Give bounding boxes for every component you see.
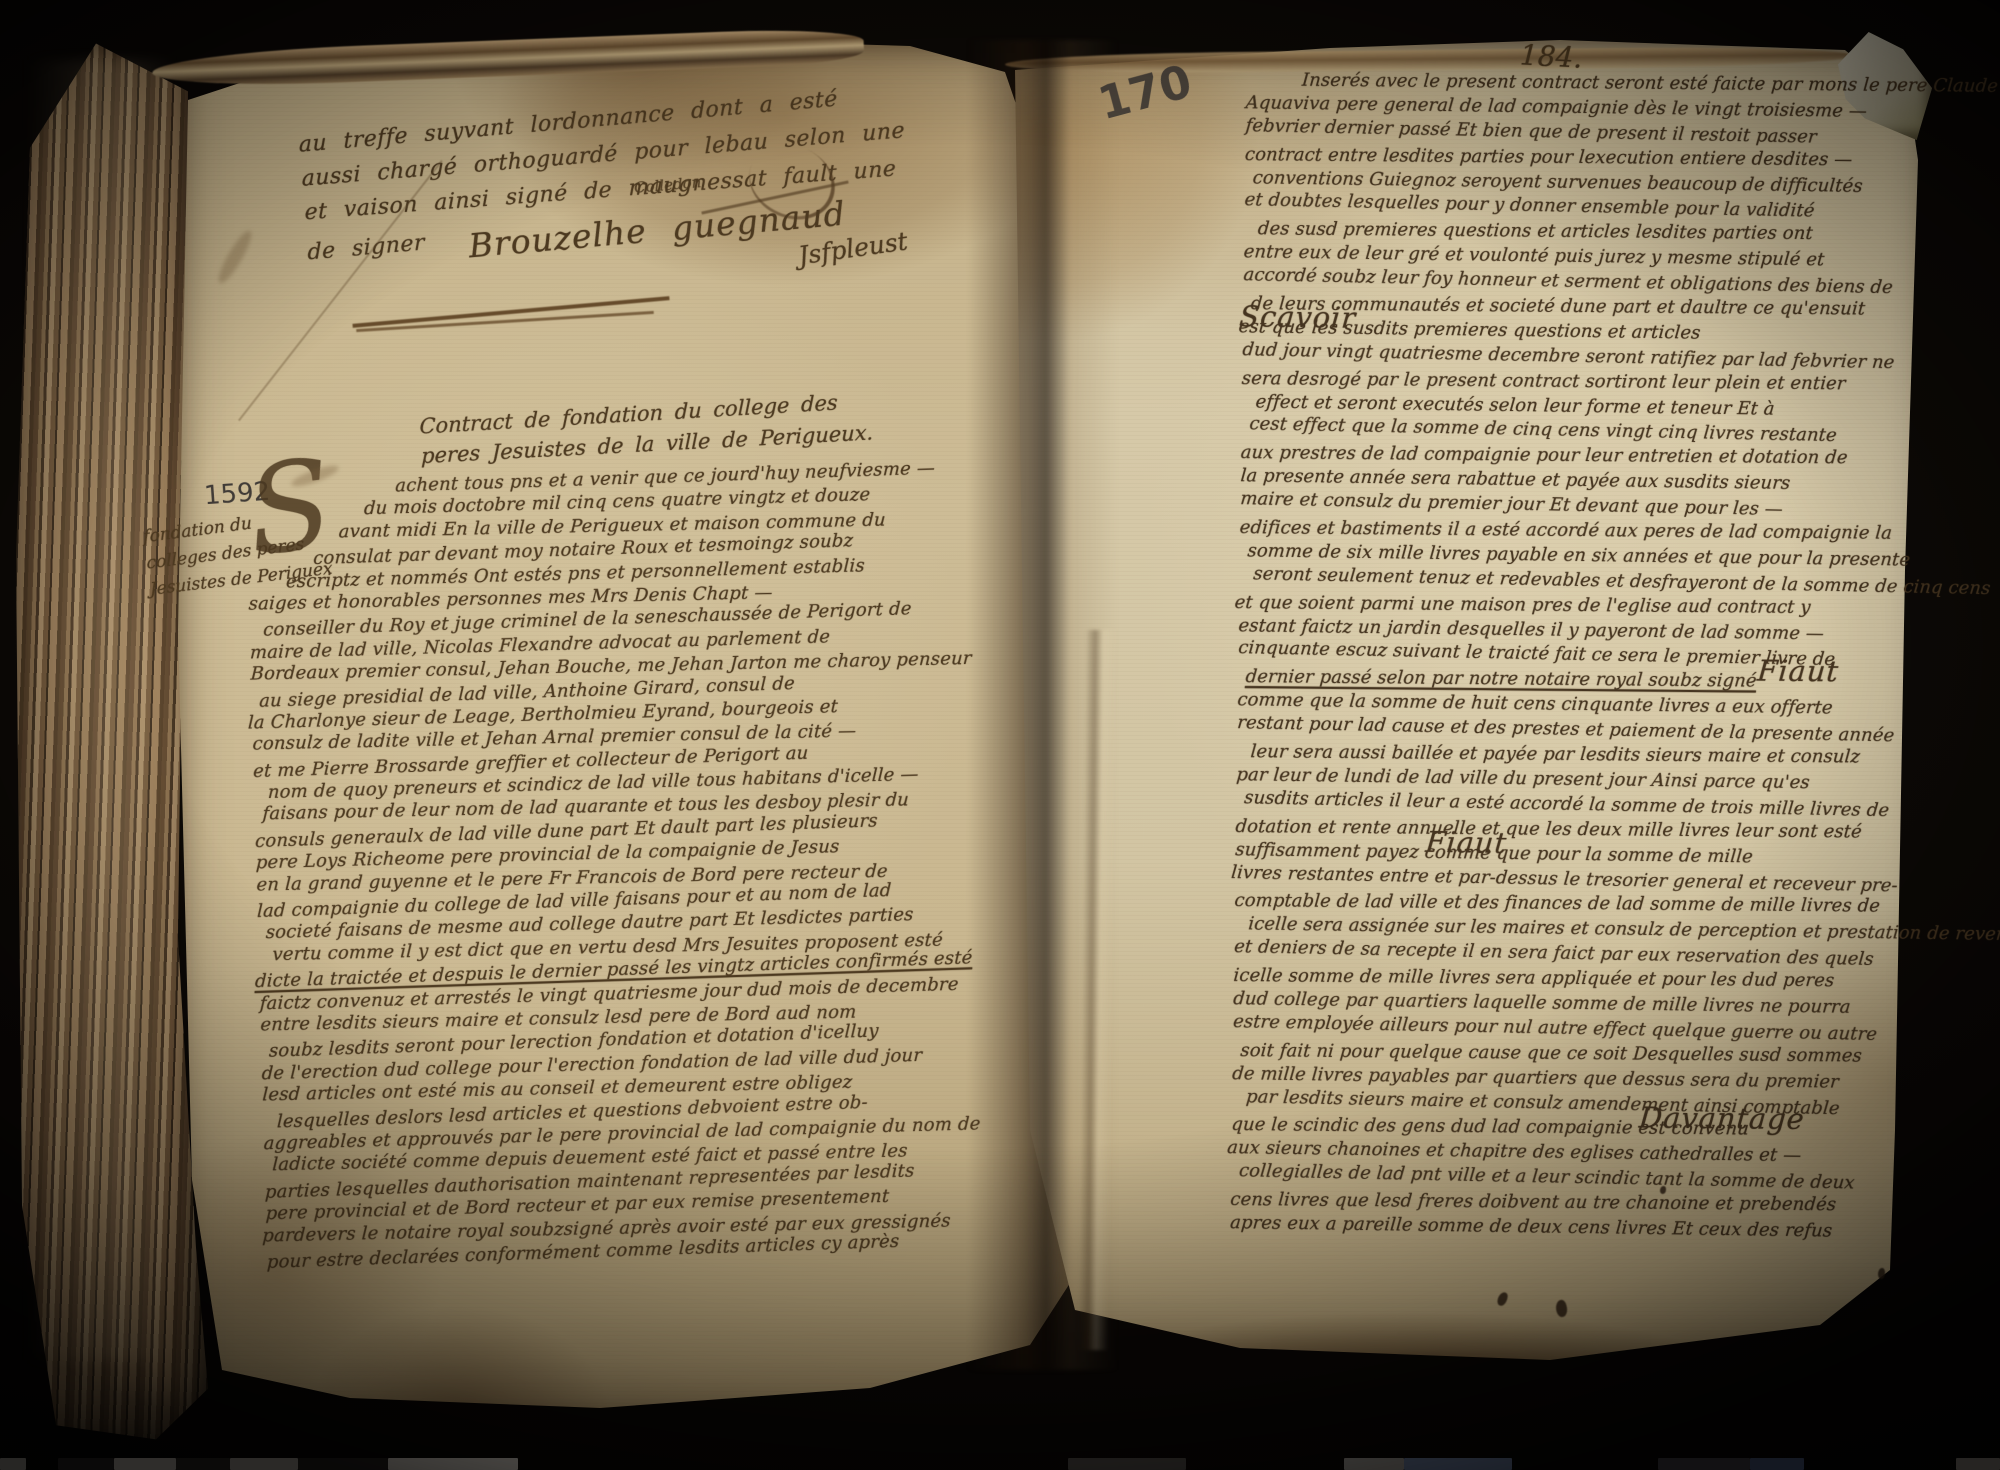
- emphasized-word: Scavoir: [1240, 316, 1357, 318]
- page-number: 184.: [1519, 38, 1583, 74]
- calibration-patch: [176, 1458, 230, 1470]
- calibration-patch: [1068, 1458, 1186, 1470]
- calibration-patch: [1344, 1458, 1404, 1470]
- calibration-patch: [388, 1458, 518, 1470]
- fore-edge-highlight: [26, 60, 176, 1360]
- right-page-body-text: Inserés avec le present contract seront …: [1230, 67, 1936, 1246]
- calibration-patch: [58, 1458, 114, 1470]
- calibration-patch: [0, 1458, 26, 1470]
- calibration-patch: [114, 1458, 176, 1470]
- calibration-patch: [1404, 1458, 1512, 1470]
- ink-blot: [1878, 1268, 1885, 1279]
- calibration-patch: [1658, 1458, 1750, 1470]
- emphasized-word: Davantage: [1639, 1118, 1805, 1119]
- emphasized-word: Fiaut: [1758, 671, 1840, 672]
- left-page-body-text: achent tous pns et a venir que ce jourd'…: [245, 462, 867, 1274]
- calibration-patch: [230, 1458, 298, 1470]
- calibration-patch: [1956, 1458, 2000, 1470]
- manuscript-photo: au treffe suyvant lordonnance dont a est…: [0, 0, 2000, 1470]
- calibration-strip: [0, 1456, 2000, 1470]
- calibration-patch: [1750, 1458, 1804, 1470]
- calibration-patch: [298, 1458, 388, 1470]
- emphasized-word: Fiaut: [1426, 841, 1507, 842]
